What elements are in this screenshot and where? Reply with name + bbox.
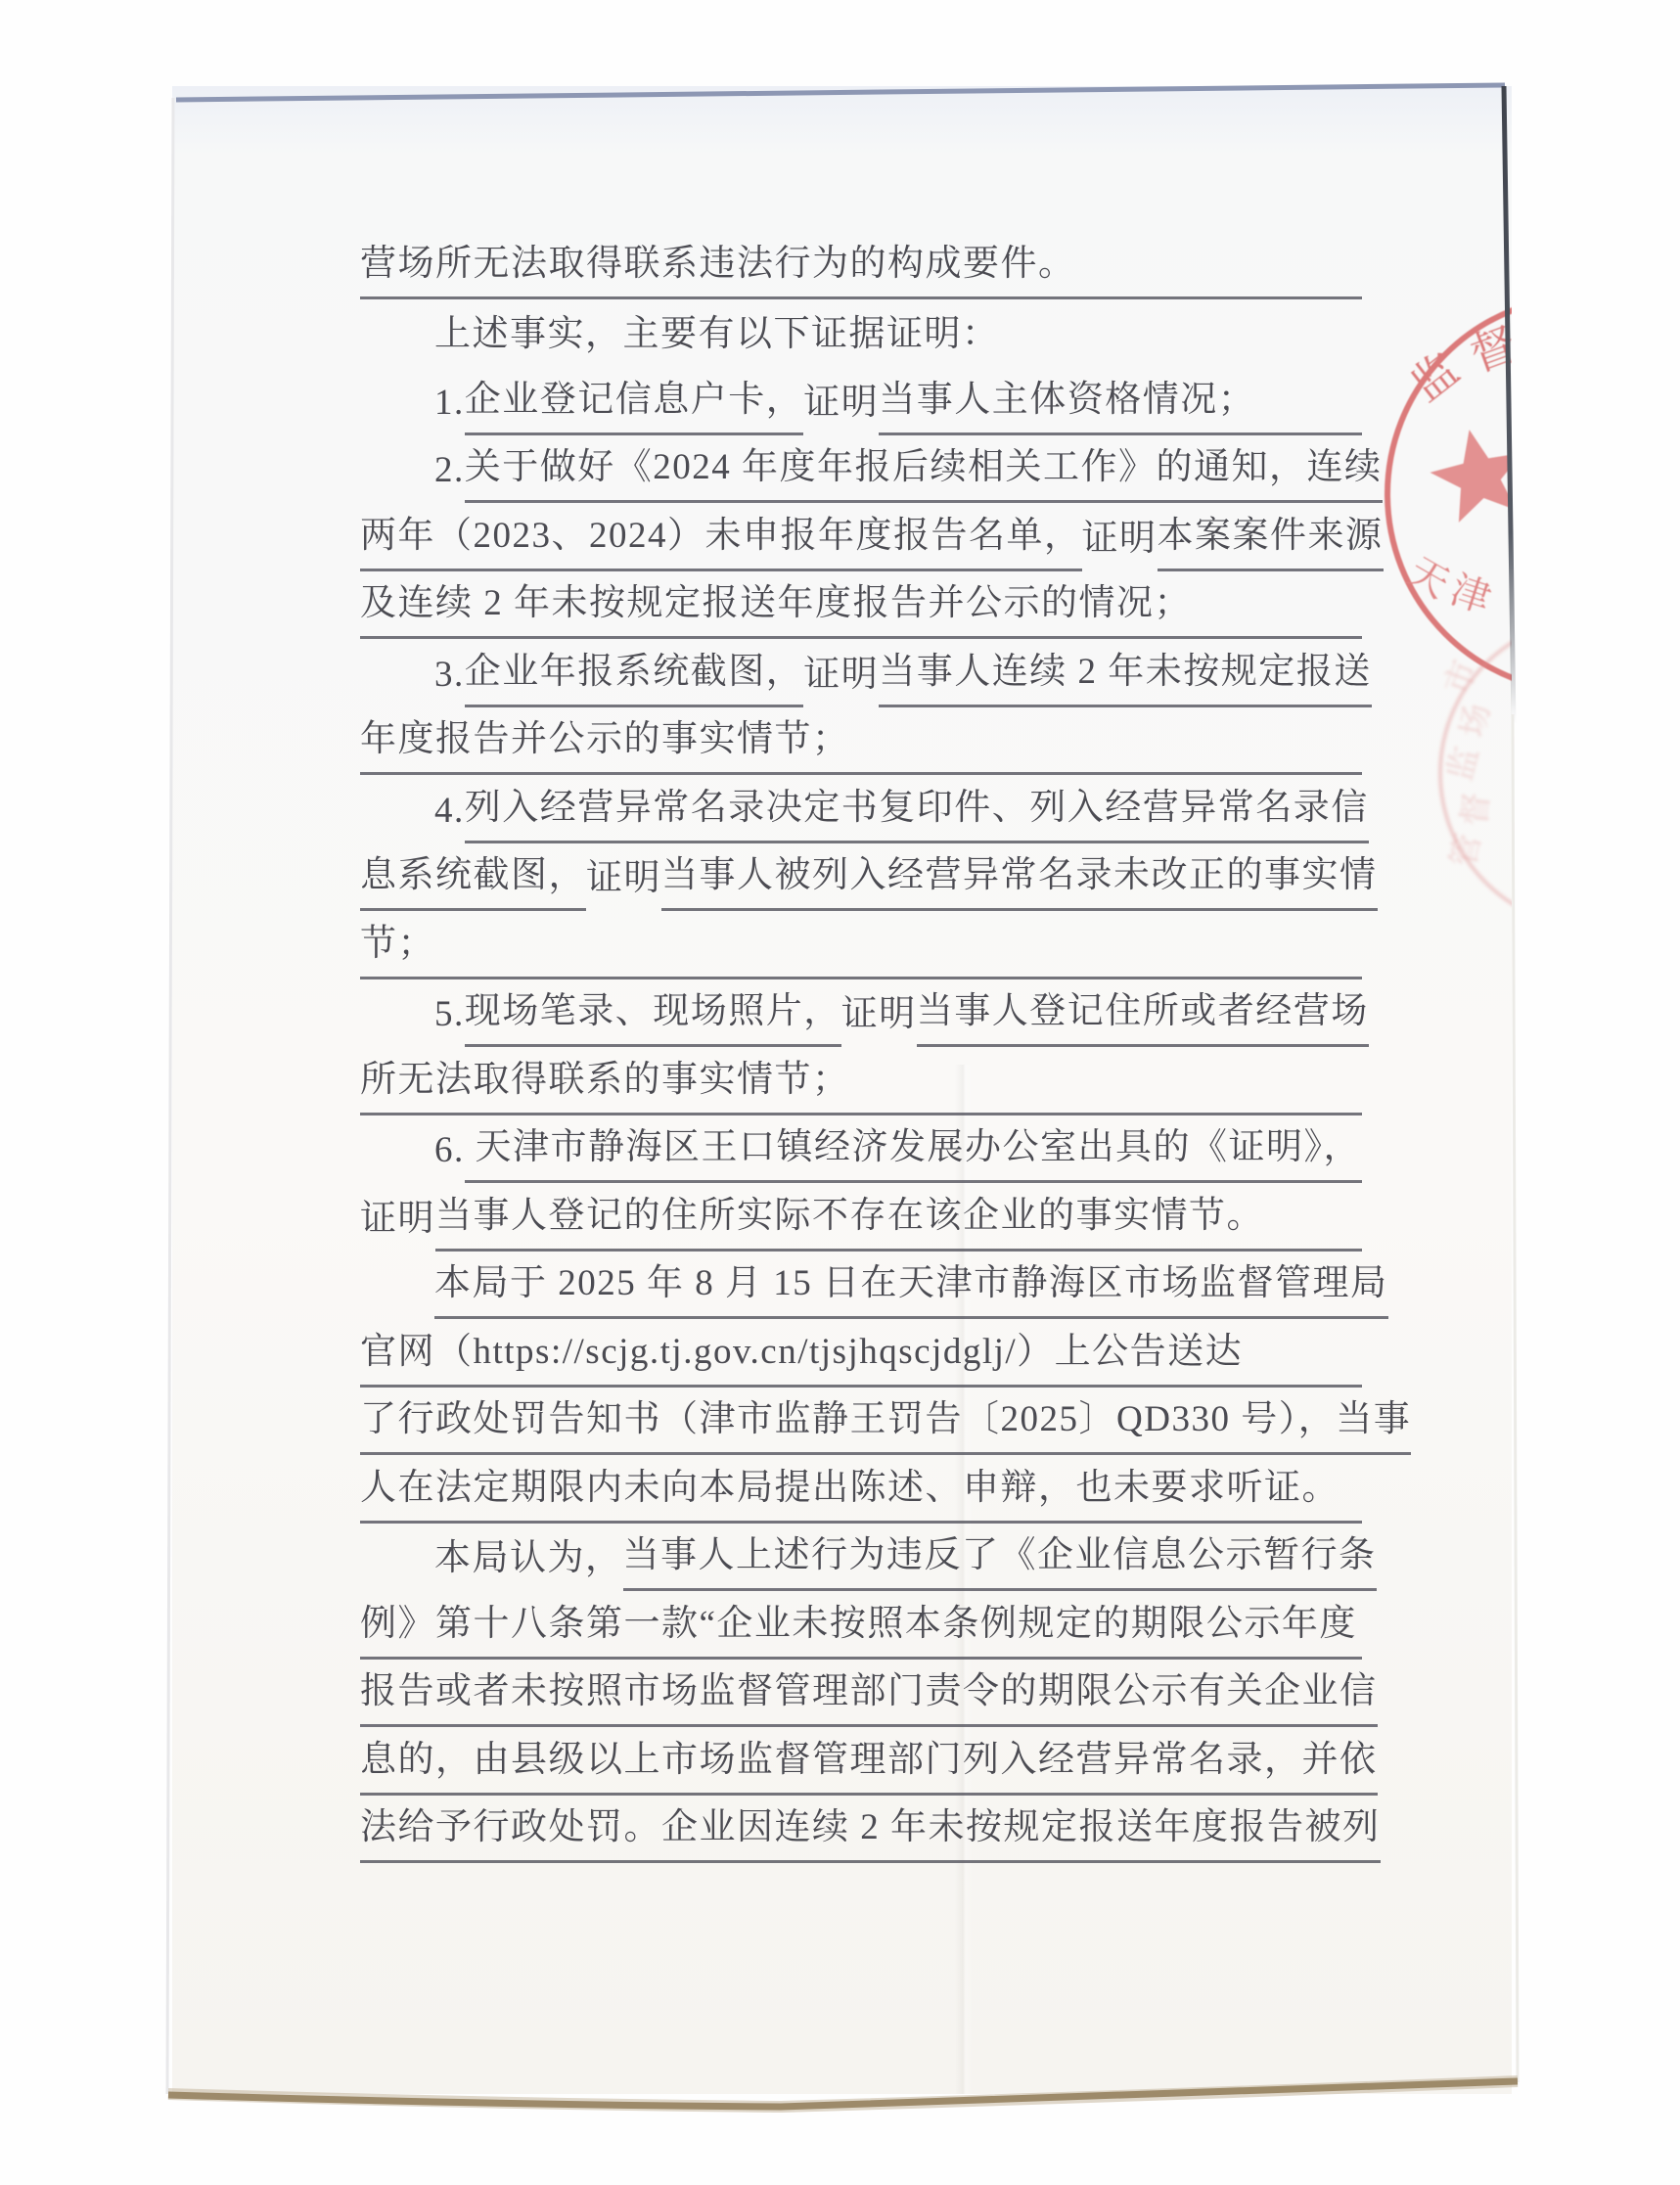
text-segment: 证明: [841, 992, 917, 1047]
text-segment: 现场笔录、现场照片，: [465, 989, 841, 1047]
document-line: 息系统截图，证明当事人被列入经营异常名录未改正的事实情: [360, 843, 1362, 912]
text-segment: 证明: [803, 653, 879, 707]
underline-fill: [1192, 581, 1362, 639]
text-segment: 证明: [360, 1197, 435, 1252]
text-segment: 人在法定期限内未向本局提出陈述、申辩，也未要求听证。: [360, 1466, 1339, 1524]
underline-fill: [1255, 378, 1362, 435]
text-segment: 3.: [434, 653, 465, 707]
text-segment: 当事人登记的住所实际不存在该企业的事实情节。: [435, 1194, 1264, 1252]
underline-fill: [850, 1058, 1363, 1115]
document-line: 5.现场笔录、现场照片，证明当事人登记住所或者经营场: [360, 979, 1362, 1048]
document-line: 2.关于做好《2024 年度年报后续相关工作》的通知，连续: [360, 435, 1362, 504]
text-segment: 4.: [434, 789, 465, 843]
underline-fill: [1076, 242, 1363, 299]
text-segment: 企业登记信息户卡，: [465, 378, 804, 435]
document-line: 上述事实，主要有以下证据证明：: [360, 299, 1362, 368]
document-line: 所无法取得联系的事实情节；: [360, 1047, 1362, 1115]
document-line: 营场所无法取得联系违法行为的构成要件。: [360, 231, 1362, 299]
document-line: 例》第十八条第一款“企业未按照本条例规定的期限公示年度: [360, 1591, 1362, 1660]
document-line: 4.列入经营异常名录决定书复印件、列入经营异常名录信: [360, 775, 1362, 843]
document-line: 节；: [360, 911, 1362, 979]
text-segment: 5.: [434, 992, 465, 1047]
text-segment: 企业年报系统截图，: [465, 650, 804, 707]
text-segment: 两年（2023、2024）未申报年度报告名单，: [360, 514, 1082, 571]
text-segment: 息的，由县级以上市场监督管理部门列入经营异常名录，并依: [360, 1738, 1378, 1796]
document-line: 6. 天津市静海区王口镇经济发展办公室出具的《证明》，: [360, 1115, 1362, 1184]
document-line: 1.企业登记信息户卡，证明当事人主体资格情况；: [360, 367, 1362, 435]
text-segment: 2.: [434, 448, 465, 503]
text-segment: 营场所无法取得联系违法行为的构成要件。: [360, 242, 1076, 299]
text-segment: 证明: [1082, 517, 1158, 571]
text-segment: 了行政处罚告知书（津市监静王罚告〔2025〕QD330 号），当事: [360, 1397, 1411, 1455]
text-segment: 当事人上述行为违反了《企业信息公示暂行条: [623, 1533, 1377, 1591]
document-line: 了行政处罚告知书（津市监静王罚告〔2025〕QD330 号），当事: [360, 1388, 1362, 1456]
document-line: 3.企业年报系统截图，证明当事人连续 2 年未按规定报送: [360, 639, 1362, 707]
document-line: 人在法定期限内未向本局提出陈述、申辩，也未要求听证。: [360, 1455, 1362, 1524]
document-line: 本局认为，当事人上述行为违反了《企业信息公示暂行条: [360, 1524, 1362, 1592]
text-segment: 息系统截图，: [360, 853, 586, 911]
text-segment: 报告或者未按照市场监督管理部门责令的期限公示有关企业信: [360, 1669, 1378, 1727]
text-segment: 本局于 2025 年 8 月 15 日在天津市静海区市场监督管理局: [434, 1261, 1388, 1319]
document-line: 本局于 2025 年 8 月 15 日在天津市静海区市场监督管理局: [360, 1252, 1362, 1320]
underline-fill: [1339, 1466, 1362, 1524]
text-segment: 证明: [803, 381, 879, 435]
text-segment: 上述事实，主要有以下证据证明：: [434, 312, 1000, 367]
underline-fill: [1357, 1602, 1362, 1660]
underline-fill: [850, 717, 1363, 775]
underline-fill: [435, 922, 1362, 979]
text-segment: 关于做好《2024 年度年报后续相关工作》的通知，连续: [465, 445, 1383, 503]
text-segment: 证明: [586, 856, 661, 911]
text-block: 营场所无法取得联系违法行为的构成要件。上述事实，主要有以下证据证明：1.企业登记…: [360, 231, 1362, 1863]
underline-fill: [1361, 1125, 1362, 1183]
text-segment: 本案案件来源: [1158, 514, 1384, 571]
text-segment: 及连续 2 年未按规定报送年度报告并公示的情况；: [360, 581, 1192, 639]
text-segment: 官网（https://scjg.tj.gov.cn/tjsjhqscjdglj/…: [360, 1330, 1243, 1388]
text-segment: 法给予行政处罚。企业因连续 2 年未按规定报送年度报告被列: [360, 1805, 1381, 1863]
text-segment: 当事人主体资格情况；: [879, 378, 1255, 435]
text-segment: 当事人登记住所或者经营场: [917, 989, 1369, 1047]
paper-right-edge-lower: [1513, 714, 1518, 2082]
text-segment: 本局认为，: [434, 1536, 623, 1591]
text-segment: 例》第十八条第一款“企业未按照本条例规定的期限公示年度: [360, 1602, 1357, 1660]
text-segment: 所无法取得联系的事实情节；: [360, 1058, 850, 1115]
text-segment: 当事人连续 2 年未按规定报送: [879, 650, 1372, 707]
document-line: 证明当事人登记的住所实际不存在该企业的事实情节。: [360, 1183, 1362, 1252]
text-segment: 6.: [434, 1128, 465, 1183]
document-line: 年度报告并公示的事实情节；: [360, 707, 1362, 776]
document-line: 报告或者未按照市场监督管理部门责令的期限公示有关企业信: [360, 1660, 1362, 1728]
text-segment: 年度报告并公示的事实情节；: [360, 717, 850, 775]
document-line: 及连续 2 年未按规定报送年度报告并公示的情况；: [360, 571, 1362, 640]
document-line: 法给予行政处罚。企业因连续 2 年未按规定报送年度报告被列: [360, 1796, 1362, 1864]
text-segment: 节；: [360, 922, 435, 979]
document-line: 官网（https://scjg.tj.gov.cn/tjsjhqscjdglj/…: [360, 1319, 1362, 1388]
document-line: 息的，由县级以上市场监督管理部门列入经营异常名录，并依: [360, 1727, 1362, 1796]
document-line: 两年（2023、2024）未申报年度报告名单，证明本案案件来源: [360, 503, 1362, 571]
underline-fill: [1243, 1330, 1362, 1388]
text-segment: 列入经营异常名录决定书复印件、列入经营异常名录信: [465, 786, 1369, 843]
underline-fill: [1264, 1194, 1362, 1252]
text-segment: 天津市静海区王口镇经济发展办公室出具的《证明》，: [465, 1125, 1361, 1183]
text-segment: 当事人被列入经营异常名录未改正的事实情: [661, 853, 1378, 911]
text-segment: 1.: [434, 381, 465, 435]
